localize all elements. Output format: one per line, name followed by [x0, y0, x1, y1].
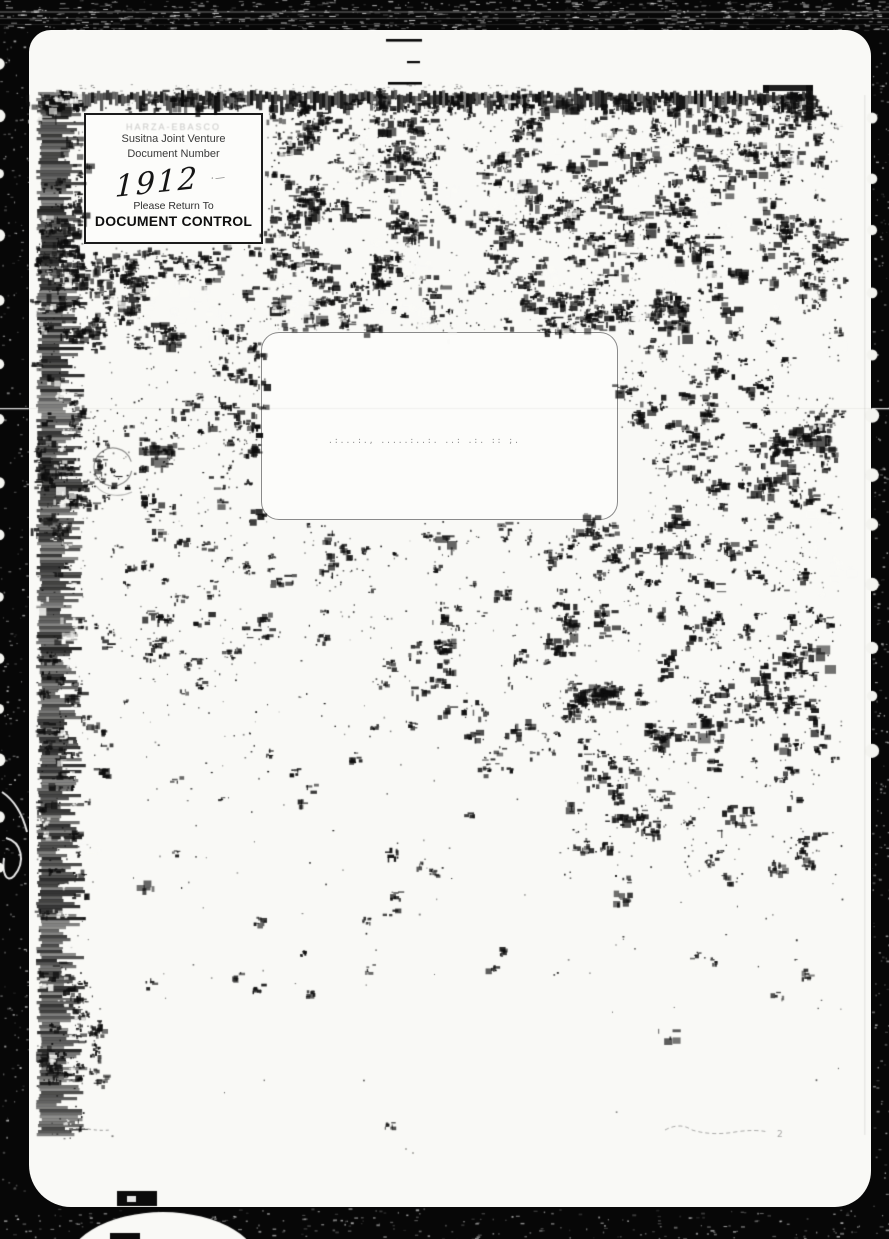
- number-stray-marks: · —: [211, 171, 225, 183]
- title-box: .:...:., .....:..:. ..: .:. :: ;. :.:.: [261, 332, 618, 520]
- document-control-label: HARZA-EBASCO Susitna Joint Venture Docum…: [84, 113, 263, 244]
- label-document-control: DOCUMENT CONTROL: [86, 213, 261, 229]
- label-return-line: Please Return To: [86, 200, 261, 212]
- handwritten-document-number: 1912: [114, 160, 199, 204]
- scanned-page: { "colors": { "frame_black": "#070707", …: [0, 0, 889, 1239]
- faint-title-text: .:...:., .....:..:. ..: .:. :: ;. :.:.: [328, 436, 523, 445]
- label-faded-header: HARZA-EBASCO: [86, 122, 261, 132]
- label-org-line-1: Susitna Joint Venture: [86, 132, 261, 147]
